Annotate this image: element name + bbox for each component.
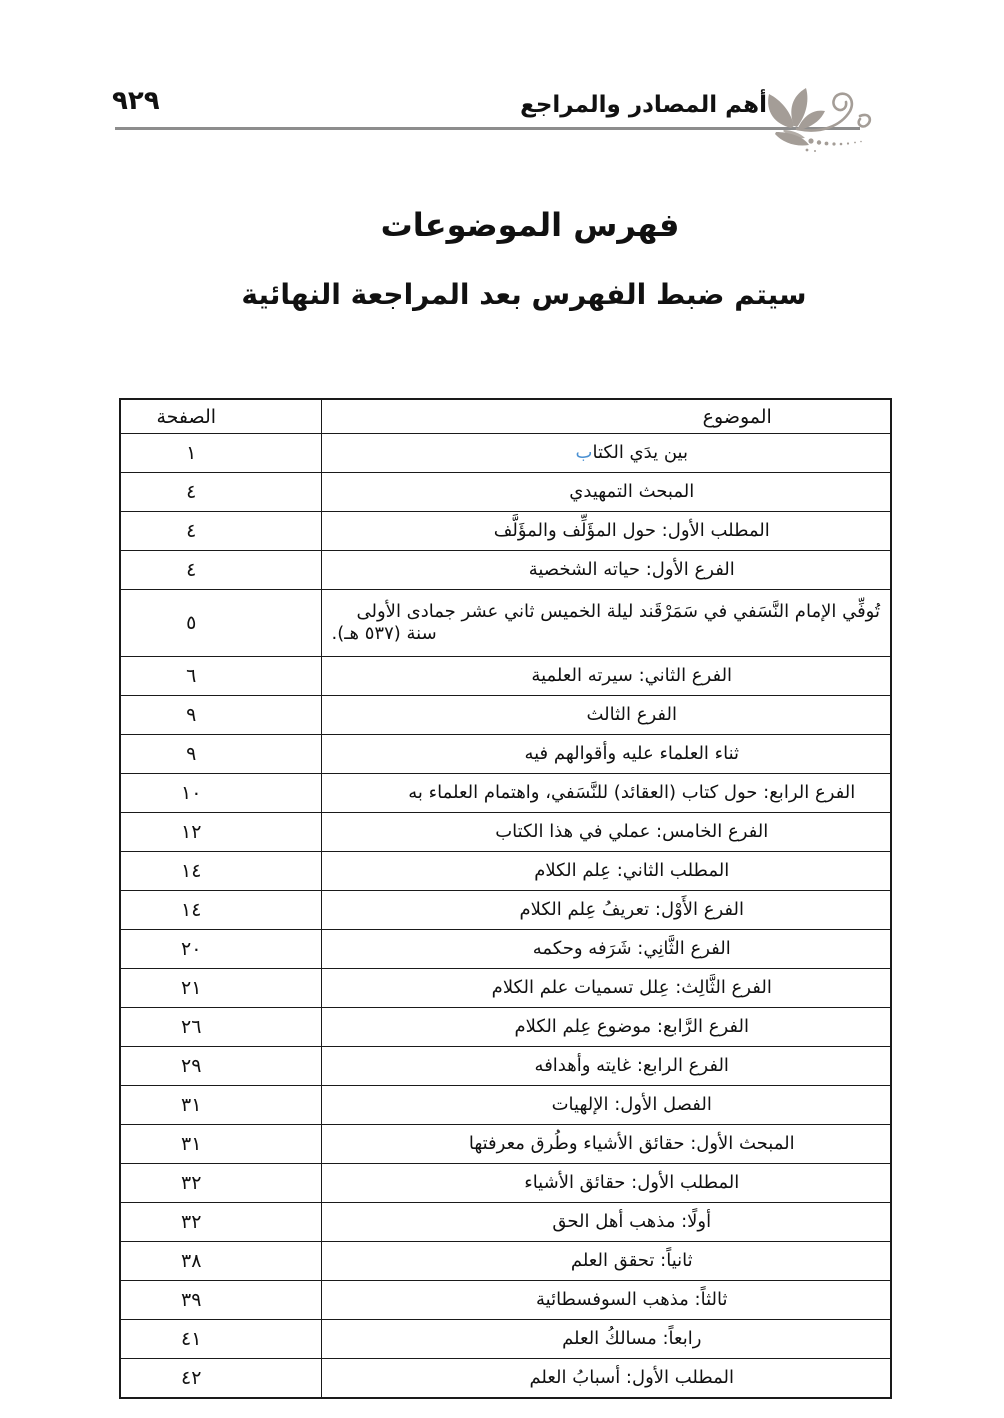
page-cell: ٥	[120, 590, 321, 657]
page-cell: ٢٩	[120, 1047, 321, 1086]
topic-cell: الفرع الثَّالِث: عِلل تسميات علم الكلام	[321, 969, 891, 1008]
topic-cell: الفرع الرابع: حول كتاب (العقائد) للنَّسَ…	[321, 774, 891, 813]
page-title: فهرس الموضوعات	[28, 206, 1004, 244]
topic-cell: الفرع الثاني: سيرته العلمية	[321, 657, 891, 696]
table-row: تُوفِّي الإمام النَّسَفي في سَمَرْقَند ل…	[120, 590, 891, 657]
topic-cell: الفصل الأول: الإلهيات	[321, 1086, 891, 1125]
topic-column-header: الموضوع	[321, 399, 891, 434]
table-row: أولًا: مذهب أهل الحق ٣٢	[120, 1203, 891, 1242]
table-row: المبحث التمهيدي ٤	[120, 473, 891, 512]
topic-cell: الفرع الأَوْل: تعريفُ عِلم الكلام	[321, 891, 891, 930]
page-cell: ٤٢	[120, 1359, 321, 1399]
table-row: الفرع الثالث ٩	[120, 696, 891, 735]
table-row: الفرع الرابع: حول كتاب (العقائد) للنَّسَ…	[120, 774, 891, 813]
topic-cell: أولًا: مذهب أهل الحق	[321, 1203, 891, 1242]
topic-cell: المطلب الأول: حول المؤَلِّف والمؤَلَّف	[321, 512, 891, 551]
topic-cell: المبحث التمهيدي	[321, 473, 891, 512]
table-row: المطلب الثاني: عِلم الكلام ١٤	[120, 852, 891, 891]
page-cell: ١٤	[120, 852, 321, 891]
table-row: رابعاً: مسالكُ العلم ٤١	[120, 1320, 891, 1359]
page-cell: ٤	[120, 512, 321, 551]
topic-cell: الفرع الثالث	[321, 696, 891, 735]
topic-cell: الفرع الرَّابع: موضوع عِلم الكلام	[321, 1008, 891, 1047]
table-row: المبحث الأول: حقائق الأشياء وطُرق معرفته…	[120, 1125, 891, 1164]
page-cell: ٣١	[120, 1086, 321, 1125]
topic-cell: الفرع الرابع: غايته وأهدافه	[321, 1047, 891, 1086]
table-row: المطلب الأول: حول المؤَلِّف والمؤَلَّف ٤	[120, 512, 891, 551]
page-column-header: الصفحة	[120, 399, 321, 434]
toc-rows: بين يدَي الكتاب ١ المبحث التمهيدي ٤ المط…	[120, 434, 891, 1399]
topic-cell: المطلب الأول: أسبابُ العلم	[321, 1359, 891, 1399]
page-cell: ٢٠	[120, 930, 321, 969]
page-cell: ١٠	[120, 774, 321, 813]
document-page: { "page_header": { "page_number": "٩٢٩",…	[0, 0, 1004, 1418]
topic-cell: تُوفِّي الإمام النَّسَفي في سَمَرْقَند ل…	[321, 590, 891, 657]
page-subtitle: سيتم ضبط الفهرس بعد المراجعة النهائية	[22, 278, 1004, 311]
topic-cell: ثانياً: تحقق العلم	[321, 1242, 891, 1281]
page-cell: ٩	[120, 696, 321, 735]
page-cell: ٣٢	[120, 1203, 321, 1242]
topic-cell: ثالثاً: مذهب السوفسطائية	[321, 1281, 891, 1320]
table-row: الفرع الرابع: غايته وأهدافه ٢٩	[120, 1047, 891, 1086]
table-row: الفرع الرَّابع: موضوع عِلم الكلام ٢٦	[120, 1008, 891, 1047]
table-row: ثناء العلماء عليه وأقوالهم فيه ٩	[120, 735, 891, 774]
topic-cell: بين يدَي الكتاب	[321, 434, 891, 473]
topic-cell: المبحث الأول: حقائق الأشياء وطُرق معرفته…	[321, 1125, 891, 1164]
table-row: الفرع الأَوْل: تعريفُ عِلم الكلام ١٤	[120, 891, 891, 930]
page-cell: ٣٩	[120, 1281, 321, 1320]
topic-cell: الفرع الأول: حياته الشخصية	[321, 551, 891, 590]
header-rule	[115, 127, 860, 130]
table-row: الفرع الأول: حياته الشخصية ٤	[120, 551, 891, 590]
running-head-title: أهم المصادر والمراجع	[520, 92, 767, 118]
table-row: الفرع الثَّانِي: شَرَفه وحكمه ٢٠	[120, 930, 891, 969]
page-cell: ٤	[120, 551, 321, 590]
table-row: المطلب الأول: حقائق الأشياء ٣٢	[120, 1164, 891, 1203]
page-cell: ٢١	[120, 969, 321, 1008]
page-cell: ٤	[120, 473, 321, 512]
topic-cell: الفرع الخامس: عملي في هذا الكتاب	[321, 813, 891, 852]
table-row: المطلب الأول: أسبابُ العلم ٤٢	[120, 1359, 891, 1399]
page-cell: ٢٦	[120, 1008, 321, 1047]
topic-cell: ثناء العلماء عليه وأقوالهم فيه	[321, 735, 891, 774]
toc-table: الموضوع الصفحة بين يدَي الكتاب ١ المبحث …	[119, 398, 892, 1399]
topic-cell: الفرع الثَّانِي: شَرَفه وحكمه	[321, 930, 891, 969]
table-row: بين يدَي الكتاب ١	[120, 434, 891, 473]
page-cell: ٤١	[120, 1320, 321, 1359]
table-row: الفصل الأول: الإلهيات ٣١	[120, 1086, 891, 1125]
page-cell: ٣١	[120, 1125, 321, 1164]
page-cell: ١	[120, 434, 321, 473]
floral-flourish-icon	[763, 84, 885, 156]
page-cell: ١٢	[120, 813, 321, 852]
page-cell: ٩	[120, 735, 321, 774]
table-row: الفرع الثاني: سيرته العلمية ٦	[120, 657, 891, 696]
page-number: ٩٢٩	[112, 86, 160, 116]
page-cell: ٣٢	[120, 1164, 321, 1203]
page-cell: ٦	[120, 657, 321, 696]
table-row: ثانياً: تحقق العلم ٣٨	[120, 1242, 891, 1281]
page-cell: ٣٨	[120, 1242, 321, 1281]
toc-table-header: الموضوع الصفحة	[120, 399, 891, 434]
topic-cell: رابعاً: مسالكُ العلم	[321, 1320, 891, 1359]
table-row: ثالثاً: مذهب السوفسطائية ٣٩	[120, 1281, 891, 1320]
topic-cell: المطلب الأول: حقائق الأشياء	[321, 1164, 891, 1203]
page-cell: ١٤	[120, 891, 321, 930]
table-row: الفرع الخامس: عملي في هذا الكتاب ١٢	[120, 813, 891, 852]
topic-cell: المطلب الثاني: عِلم الكلام	[321, 852, 891, 891]
table-row: الفرع الثَّالِث: عِلل تسميات علم الكلام …	[120, 969, 891, 1008]
